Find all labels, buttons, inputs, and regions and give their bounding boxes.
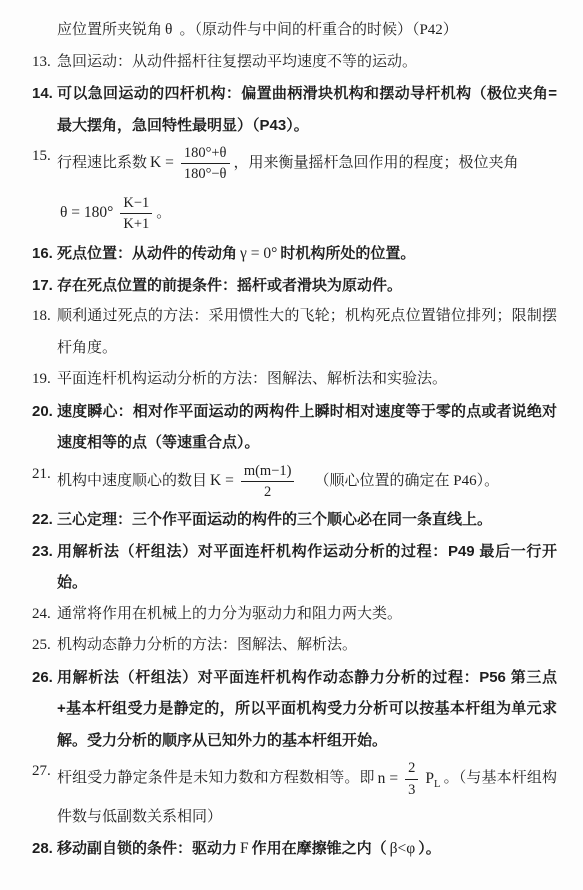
item-number: 20. [32,396,53,428]
fraction-numerator: K−1 [120,193,152,214]
fraction-denominator: K+1 [120,214,152,234]
item-number: 18. [32,301,51,333]
item-text: 。 [156,205,171,221]
list-item-13: 13.急回运动：从动件摇杆往复摆动平均速度不等的运动。 [57,47,557,79]
list-item-17: 17.存在死点位置的前提条件：摇杆或者滑块为原动件。 [57,270,557,302]
fraction-numerator: 180°+θ [181,143,230,164]
item-text: 杆组受力静定条件是未知力数和方程数相等。即 [57,771,375,787]
fraction-m: m(m−1)2 [241,461,295,503]
formula-K-equals: K = [210,472,234,489]
formula-n-equals: n = [378,770,399,787]
item-text: （顺心位置的确定在 P46）。 [314,473,499,489]
item-number: 25. [32,630,51,662]
fraction-numerator: m(m−1) [241,461,295,482]
subscript-L: L [434,779,440,790]
item-text: 通常将作用在机械上的力分为驱动力和阻力两大类。 [57,606,402,622]
item-text: 用解析法（杆组法）对平面连杆机构作动态静力分析的过程：P56 第三点+基本杆组受… [57,669,557,749]
fraction-K: K−1K+1 [120,193,152,235]
item-text: 。（原动件与中间的杆重合的时候）（P42） [179,22,457,38]
formula-gamma-zero: γ = 0° [240,245,277,262]
formula-K-equals: K = [150,154,174,171]
list-item-24: 24.通常将作用在机械上的力分为驱动力和阻力两大类。 [57,599,557,631]
item-text: 急回运动：从动件摇杆往复摆动平均速度不等的运动。 [57,54,417,70]
item-text: 速度瞬心：相对作平面运动的两构件上瞬时相对速度等于零的点或者说绝对速度相等的点（… [57,403,557,452]
item-text: 行程速比系数 [57,155,147,171]
item-number: 26. [32,662,53,694]
list-item-25: 25.机构动态静力分析的方法：图解法、解析法。 [57,630,557,662]
fraction-numerator: 2 [405,758,418,779]
item-number: 13. [32,47,51,79]
list-item-28: 28.移动副自锁的条件：驱动力F作用在摩擦锥之内（β<φ）。 [57,833,557,865]
item-number: 15. [32,141,51,173]
fraction-180-theta: 180°+θ180°−θ [181,143,230,185]
item-text: 作用在摩擦锥之内（ [252,840,387,857]
item-text: 平面连杆机构运动分析的方法：图解法、解析法和实验法。 [57,371,447,387]
item-text: ，用来衡量摇杆急回作用的程度；极位夹角 [234,155,519,171]
item-text: 机构动态静力分析的方法：图解法、解析法。 [57,637,357,653]
list-item-15: 15.行程速比系数K =180°+θ180°−θ，用来衡量摇杆急回作用的程度；极… [57,141,557,187]
item-number: 21. [32,459,51,491]
formula-F: F [240,840,249,857]
item-text: 顺利通过死点的方法：采用惯性大的飞轮；机构死点位置错位排列；限制摆杆角度。 [57,308,557,356]
theta-symbol: θ [165,21,172,38]
fraction-denominator: 3 [405,780,418,800]
list-item-26: 26.用解析法（杆组法）对平面连杆机构作动态静力分析的过程：P56 第三点+基本… [57,662,557,757]
list-item-22: 22.三心定理：三个作平面运动的构件的三个顺心必在同一条直线上。 [57,504,557,536]
item-text: 三心定理：三个作平面运动的构件的三个顺心必在同一条直线上。 [57,511,492,528]
item-text: 可以急回运动的四杆机构：偏置曲柄滑块机构和摆动导杆机构（极位夹角=最大摆角，急回… [57,85,557,134]
item-text: 移动副自锁的条件：驱动力 [57,840,237,857]
item-number: 17. [32,270,53,302]
list-item-21: 21.机构中速度顺心的数目K =m(m−1)2（顺心位置的确定在 P46）。 [57,459,557,505]
item-number: 19. [32,364,51,396]
list-item-19: 19.平面连杆机构运动分析的方法：图解法、解析法和实验法。 [57,364,557,396]
formula-P-sub-L: PL [425,770,440,787]
fraction-denominator: 180°−θ [181,164,230,184]
item-number: 14. [32,78,53,110]
formula-theta-equals: θ = 180° [60,204,113,221]
item-number: 23. [32,536,53,568]
item-number: 22. [32,504,53,536]
item-text: ）。 [418,840,441,857]
list-item-20: 20.速度瞬心：相对作平面运动的两构件上瞬时相对速度等于零的点或者说绝对速度相等… [57,396,557,459]
list-item-14: 14.可以急回运动的四杆机构：偏置曲柄滑块机构和摆动导杆机构（极位夹角=最大摆角… [57,78,557,141]
list-item-27: 27.杆组受力静定条件是未知力数和方程数相等。即n =23PL。（与基本杆组构件… [57,756,557,833]
formula-P: P [425,770,434,787]
item-text: 用解析法（杆组法）对平面连杆机构作运动分析的过程：P49 最后一行开始。 [57,543,557,592]
item-text: 机构中速度顺心的数目 [57,473,207,489]
item-number: 16. [32,238,53,270]
item-number: 28. [32,833,53,865]
document-page: 应位置所夹锐角θ。（原动件与中间的杆重合的时候）（P42） 13.急回运动：从动… [0,0,583,890]
item-text: 时机构所处的位置。 [280,245,415,262]
list-item-15-formula: θ = 180°K−1K+1。 [57,191,557,237]
formula-beta-phi: β<φ [390,840,416,857]
item-text: 存在死点位置的前提条件：摇杆或者滑块为原动件。 [57,277,402,294]
fraction-two-thirds: 23 [405,758,418,800]
item-text: 死点位置：从动件的传动角 [57,245,237,262]
item-number: 24. [32,599,51,631]
list-item-23: 23.用解析法（杆组法）对平面连杆机构作运动分析的过程：P49 最后一行开始。 [57,536,557,599]
fraction-denominator: 2 [241,482,295,502]
item-number: 27. [32,756,51,788]
item-text: 应位置所夹锐角 [57,22,162,38]
list-item-18: 18.顺利通过死点的方法：采用惯性大的飞轮；机构死点位置错位排列；限制摆杆角度。 [57,301,557,364]
list-item-continuation: 应位置所夹锐角θ。（原动件与中间的杆重合的时候）（P42） [57,14,557,47]
list-item-16: 16.死点位置：从动件的传动角γ = 0°时机构所处的位置。 [57,238,557,270]
